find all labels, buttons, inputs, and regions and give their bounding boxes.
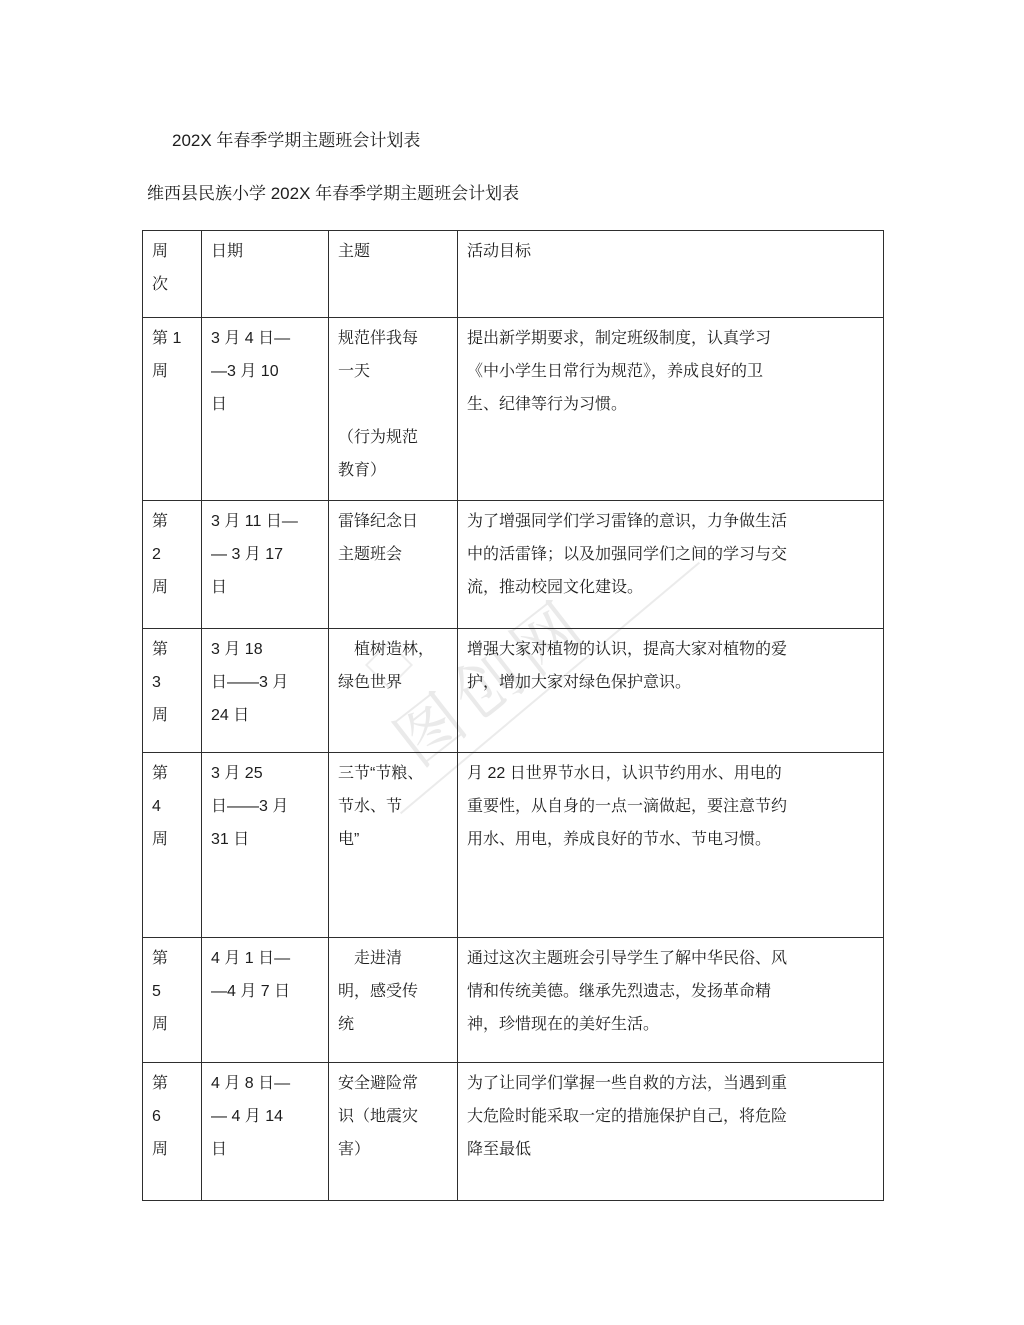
- goal-cell: 为了让同学们掌握一些自救的方法，当遇到重 大危险时能采取一定的措施保护自己，将危…: [458, 1063, 884, 1201]
- goal-cell: 提出新学期要求，制定班级制度，认真学习 《中小学生日常行为规范》，养成良好的卫 …: [458, 318, 884, 501]
- theme-cell: 植树造林， 绿色世界: [329, 629, 458, 753]
- week-cell: 第 1 周: [143, 318, 202, 501]
- table-row: 第 5 周 4 月 1 日— —4 月 7 日 走进清 明，感受传 统 通过这次…: [143, 938, 884, 1063]
- table-row: 第 1 周 3 月 4 日— —3 月 10 日 规范伴我每 一天 （行为规范 …: [143, 318, 884, 501]
- header-week: 周 次: [143, 231, 202, 318]
- goal-cell: 通过这次主题班会引导学生了解中华民俗、风 情和传统美德。继承先烈遗志，发扬革命精…: [458, 938, 884, 1063]
- table-row: 第 3 周 3 月 18 日——3 月 24 日 植树造林， 绿色世界 增强大家…: [143, 629, 884, 753]
- date-cell: 3 月 11 日— — 3 月 17 日: [202, 501, 329, 629]
- table-row: 第 6 周 4 月 8 日— — 4 月 14 日 安全避险常 识（地震灾 害）…: [143, 1063, 884, 1201]
- date-cell: 3 月 4 日— —3 月 10 日: [202, 318, 329, 501]
- header-date: 日期: [202, 231, 329, 318]
- goal-cell: 月 22 日世界节水日，认识节约用水、用电的 重要性，从自身的一点一滴做起，要注…: [458, 753, 884, 938]
- theme-cell: 雷锋纪念日 主题班会: [329, 501, 458, 629]
- table-row: 第 4 周 3 月 25 日——3 月 31 日 三节“节粮、 节水、节 电” …: [143, 753, 884, 938]
- theme-cell: 规范伴我每 一天 （行为规范 教育）: [329, 318, 458, 501]
- document-page: 图创网 202X 年春季学期主题班会计划表 维西县民族小学 202X 年春季学期…: [0, 0, 1024, 1325]
- week-cell: 第 2 周: [143, 501, 202, 629]
- header-theme: 主题: [329, 231, 458, 318]
- date-cell: 3 月 25 日——3 月 31 日: [202, 753, 329, 938]
- table-row: 第 2 周 3 月 11 日— — 3 月 17 日 雷锋纪念日 主题班会 为了…: [143, 501, 884, 629]
- page-subtitle: 维西县民族小学 202X 年春季学期主题班会计划表: [147, 182, 519, 206]
- theme-cell: 安全避险常 识（地震灾 害）: [329, 1063, 458, 1201]
- date-cell: 3 月 18 日——3 月 24 日: [202, 629, 329, 753]
- goal-cell: 为了增强同学们学习雷锋的意识，力争做生活 中的活雷锋；以及加强同学们之间的学习与…: [458, 501, 884, 629]
- page-title: 202X 年春季学期主题班会计划表: [172, 129, 420, 153]
- header-goal: 活动目标: [458, 231, 884, 318]
- week-cell: 第 3 周: [143, 629, 202, 753]
- theme-cell: 三节“节粮、 节水、节 电”: [329, 753, 458, 938]
- week-cell: 第 5 周: [143, 938, 202, 1063]
- plan-table: 周 次 日期 主题 活动目标 第 1 周 3 月 4 日— —3 月 10 日 …: [142, 230, 884, 1201]
- table-header-row: 周 次 日期 主题 活动目标: [143, 231, 884, 318]
- week-cell: 第 6 周: [143, 1063, 202, 1201]
- week-cell: 第 4 周: [143, 753, 202, 938]
- date-cell: 4 月 8 日— — 4 月 14 日: [202, 1063, 329, 1201]
- goal-cell: 增强大家对植物的认识，提高大家对植物的爱 护，增加大家对绿色保护意识。: [458, 629, 884, 753]
- date-cell: 4 月 1 日— —4 月 7 日: [202, 938, 329, 1063]
- theme-cell: 走进清 明，感受传 统: [329, 938, 458, 1063]
